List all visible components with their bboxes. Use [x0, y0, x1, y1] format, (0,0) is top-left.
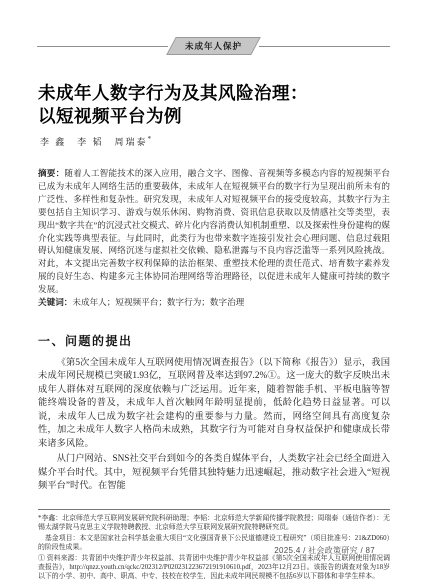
abstract-text: 随着人工智能技术的深入应用，融合文字、图像、音视频等多模态内容的短视频平台已成为…	[38, 168, 390, 294]
abstract-label: 摘要：	[38, 168, 64, 178]
header-line-right	[259, 46, 390, 47]
keywords-label: 关键词：	[38, 297, 72, 307]
article-title-line2: 以短视频平台为例	[38, 106, 182, 126]
footnote-divider	[38, 509, 390, 510]
body-paragraph: 从门户网站、SNS社交平台到如今的各类自媒体平台，人类数字社会已经全面进入媒介平…	[38, 453, 390, 494]
keywords-text: 未成年人；短视频平台；数字行为；数字治理	[72, 297, 244, 307]
header-line-left	[37, 46, 168, 47]
page-footer: 2025.4 / 社会政策研究 / 87	[274, 545, 375, 556]
keywords: 关键词：未成年人；短视频平台；数字行为；数字治理	[38, 296, 390, 309]
body-paragraph: 《第5次全国未成年人互联网使用情况调查报告》（以下简称《报告》）显示，我国未成年…	[38, 357, 390, 452]
article-title: 未成年人数字行为及其风险治理： 以短视频平台为例	[38, 82, 390, 128]
author-names: 李 鑫 李 韬 周瑞泰	[40, 137, 148, 147]
abstract: 摘要：随着人工智能技术的深入应用，融合文字、图像、音视频等多模态内容的短视频平台…	[38, 167, 390, 296]
header-rule: 未成年人保护	[37, 39, 390, 53]
journal-page: 未成年人保护 未成年人数字行为及其风险治理： 以短视频平台为例 李 鑫 李 韬 …	[0, 0, 427, 579]
category-badge-label: 未成年人保护	[185, 40, 242, 52]
footnote-authors: *李鑫：北京师范大学互联网发展研究院科研助理；李韬：北京师范大学新闻传播学院教授…	[38, 514, 390, 533]
section-heading: 一、问题的提出	[38, 332, 390, 349]
article-title-line1: 未成年人数字行为及其风险治理：	[38, 83, 308, 103]
author-footnote-mark: *	[148, 135, 152, 143]
author-byline: 李 鑫 李 韬 周瑞泰*	[40, 135, 390, 148]
abstract-block: 摘要：随着人工智能技术的深入应用，融合文字、图像、音视频等多模态内容的短视频平台…	[38, 167, 390, 309]
category-badge: 未成年人保护	[166, 37, 261, 55]
footnote-source: ① 资料来源：共青团中央维护青少年权益部、共青团中央维护青少年权益部《第5次全国…	[38, 554, 390, 579]
